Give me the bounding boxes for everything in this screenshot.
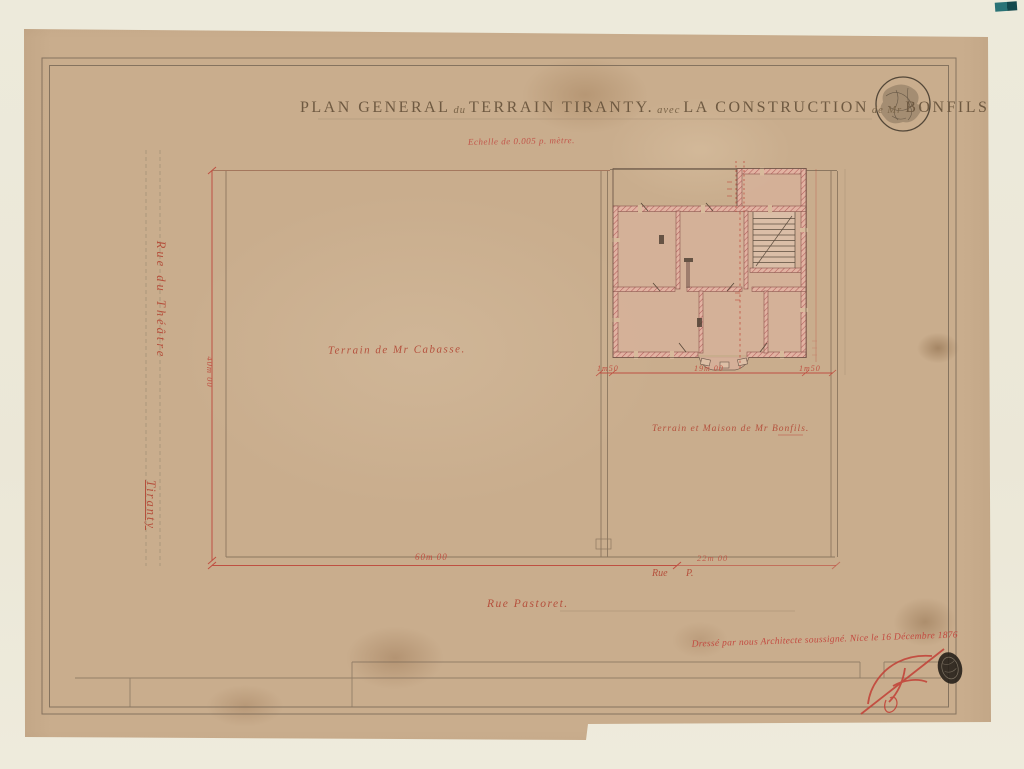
dimension-house-left-margin: 1m50 [597,364,619,373]
title-connector: avec [657,105,680,116]
building-room-wash [615,171,804,355]
dimension-bonfils-frontage: 22m 00 [697,553,728,563]
architect-signature [861,649,944,714]
street-label-rue-p: Rue P. [652,568,693,579]
title-connector: de Mr [872,105,902,116]
border-frame [42,58,956,714]
title-part: TERRAIN TIRANTY. [469,99,654,116]
title-part: LA CONSTRUCTION [683,99,869,116]
title-part: PLAN GENERAL [300,99,450,116]
plan-title: PLAN GENERALduTERRAIN TIRANTY.avecLA CON… [300,99,886,117]
dimension-house-right-margin: 1m50 [799,364,821,373]
street-label-rue-pastoret: Rue Pastoret. [487,598,569,610]
dimension-house-front: 19m 00 [694,364,724,373]
parcel-label-cabasse: Terrain de Mr Cabasse. [328,343,466,356]
dimension-terrain-depth: 40m 00 [205,350,215,394]
dimension-terrain-frontage: 60m 00 [415,552,448,562]
scanned-plan-sheet: PLAN GENERALduTERRAIN TIRANTY.avecLA CON… [0,0,1024,769]
scale-note: Echelle de 0.005 p. mètre. [468,135,575,147]
title-part: BONFILS [905,99,989,116]
parcel-label-bonfils: Terrain et Maison de Mr Bonfils. [652,424,809,434]
notary-stamp [934,649,965,686]
title-connector: du [453,105,466,116]
street-label-rue-du-theatre: Rue du Théâtre [152,205,168,395]
house-depth-line [812,169,817,362]
street-label-tiranty: Tiranty [142,460,158,550]
